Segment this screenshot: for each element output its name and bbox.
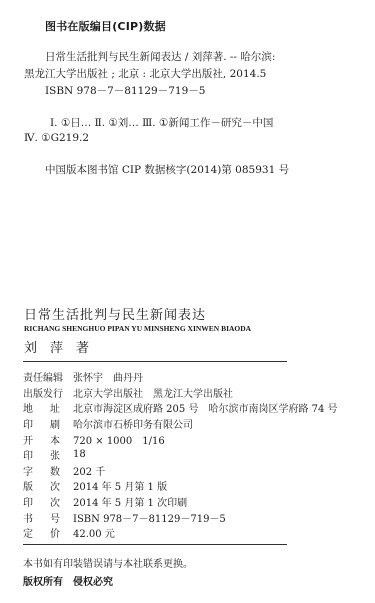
book-author: 刘萍著 — [24, 337, 102, 356]
info-label: 印次 — [23, 494, 60, 509]
info-label: 责任编辑 — [23, 369, 73, 384]
info-value: 哈尔滨市石桥印务有限公司 — [73, 416, 193, 431]
copyright-notice: 版权所有 侵权必究 — [23, 573, 113, 588]
info-label: 出版发行 — [23, 385, 73, 400]
book-title-pinyin: RICHANG SHENGHUO PIPAN YU MINSHENG XINWE… — [24, 324, 251, 333]
cip-header: 图书在版编目(CIP)数据 — [45, 18, 166, 34]
info-row-isbn: 书号 ISBN 978－7－81129－719－5 — [23, 509, 338, 525]
info-label: 印张 — [23, 447, 60, 462]
author-char: 刘 — [24, 337, 37, 356]
info-row-sheets: 印张 18 — [23, 447, 338, 463]
cip-title-line: 日常生活批判与民生新闻表达 / 刘萍著. -- 哈尔滨: — [45, 50, 275, 64]
info-label: 印刷 — [23, 416, 60, 431]
cip-publisher-line: 黑龙江大学出版社 ; 北京 : 北京大学出版社, 2014.5 — [24, 67, 266, 81]
info-label: 定价 — [23, 525, 60, 540]
info-value: 42.00 元 — [73, 525, 115, 540]
cip-classification-line-2: Ⅳ. ①G219.2 — [24, 131, 89, 145]
info-value: 张怀宇 曲丹丹 — [73, 369, 143, 384]
author-char: 著 — [76, 337, 89, 356]
info-label: 书号 — [23, 510, 60, 525]
info-label: 字数 — [23, 463, 60, 478]
info-label: 地址 — [23, 400, 60, 415]
info-row-edition: 版次 2014 年 5 月第 1 版 — [23, 478, 338, 494]
info-value: 2014 年 5 月第 1 次印刷 — [73, 494, 187, 509]
divider-bottom — [23, 544, 287, 545]
info-row-editor: 责任编辑 张怀宇 曲丹丹 — [23, 369, 338, 385]
cip-isbn-line: ISBN 978－7－81129－719－5 — [45, 84, 205, 98]
info-value: 18 — [73, 449, 86, 460]
info-value: ISBN 978－7－81129－719－5 — [73, 510, 226, 525]
info-value: 北京市海淀区成府路 205 号 哈尔滨市南岗区学府路 74 号 — [73, 400, 338, 415]
info-row-price: 定价 42.00 元 — [23, 525, 338, 541]
info-label: 开本 — [23, 432, 60, 447]
info-row-printing: 印次 2014 年 5 月第 1 次印刷 — [23, 494, 338, 510]
cip-record-number: 中国版本图书馆 CIP 数据核字(2014)第 085931 号 — [45, 163, 289, 177]
book-title: 日常生活批判与民生新闻表达 — [24, 304, 206, 323]
info-row-word-count: 字数 202 千 — [23, 463, 338, 479]
author-char: 萍 — [50, 337, 63, 356]
info-row-publisher: 出版发行 北京大学出版社 黑龙江大学出版社 — [23, 385, 338, 401]
divider-top — [23, 361, 287, 362]
publication-info-table: 责任编辑 张怀宇 曲丹丹 出版发行 北京大学出版社 黑龙江大学出版社 地址 北京… — [23, 369, 338, 541]
info-value: 202 千 — [73, 463, 105, 478]
info-row-format: 开本 720 × 1000 1/16 — [23, 431, 338, 447]
info-value: 720 × 1000 1/16 — [73, 432, 165, 447]
info-row-address: 地址 北京市海淀区成府路 205 号 哈尔滨市南岗区学府路 74 号 — [23, 400, 338, 416]
misprint-notice: 本书如有印装错误请与本社联系更换。 — [23, 555, 193, 570]
info-label: 版次 — [23, 478, 60, 493]
info-value: 北京大学出版社 黑龙江大学出版社 — [73, 385, 233, 400]
info-value: 2014 年 5 月第 1 版 — [73, 478, 167, 493]
info-row-printer: 印刷 哈尔滨市石桥印务有限公司 — [23, 416, 338, 432]
cip-classification-line: Ⅰ. ①日… Ⅱ. ①刘… Ⅲ. ①新闻工作－研究－中国 — [50, 116, 273, 130]
